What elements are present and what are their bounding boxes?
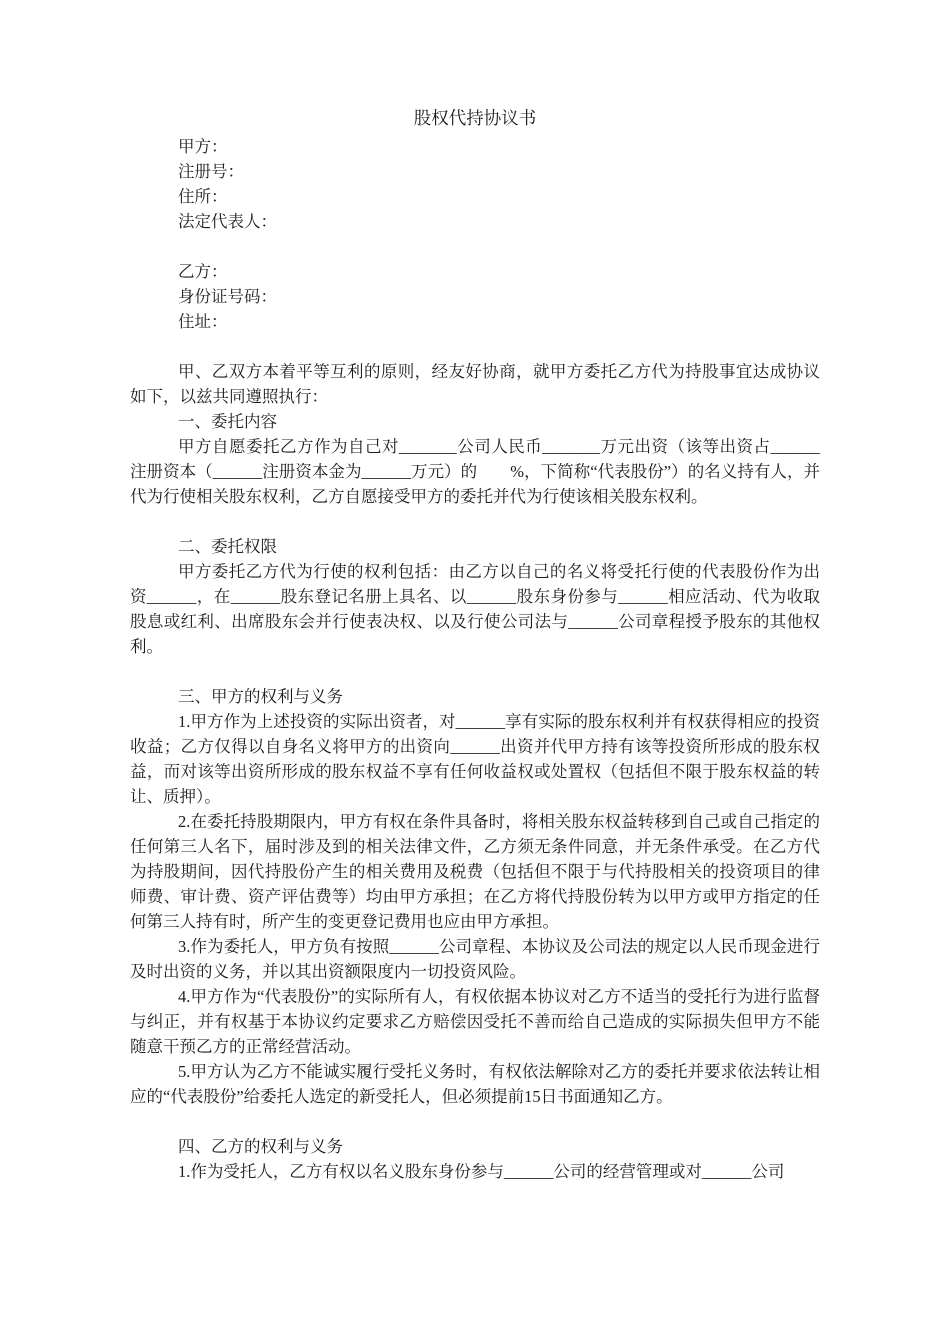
blank-line xyxy=(130,1109,820,1134)
party-b-field-label: 乙方： xyxy=(130,259,820,284)
contract-paragraph: 2.在委托持股期限内，甲方有权在条件具备时，将相关股东权益转移到自己或自己指定的… xyxy=(130,809,820,934)
contract-paragraph: 4.甲方作为“代表股份”的实际所有人，有权依据本协议对乙方不适当的受托行为进行监… xyxy=(130,984,820,1059)
blank-line xyxy=(130,234,820,259)
section-1-heading: 一、委托内容 xyxy=(130,409,820,434)
section-3-heading: 三、甲方的权利与义务 xyxy=(130,684,820,709)
party-a-field-label: 注册号： xyxy=(130,159,820,184)
section-2-heading: 二、委托权限 xyxy=(130,534,820,559)
blank-line xyxy=(130,659,820,684)
contract-paragraph: 1.甲方作为上述投资的实际出资者，对______享有实际的股东权利并有权获得相应… xyxy=(130,709,820,809)
blank-line xyxy=(130,509,820,534)
party-a-field-label: 甲方： xyxy=(130,134,820,159)
document-title: 股权代持协议书 xyxy=(130,106,820,131)
contract-paragraph: 甲方自愿委托乙方作为自己对_______公司人民币_______万元出资（该等出… xyxy=(130,434,820,509)
contract-document-page: 股权代持协议书 甲方： 注册号： 住所： 法定代表人： 乙方： 身份证号码： 住… xyxy=(0,0,950,1344)
party-a-field-label: 住所： xyxy=(130,184,820,209)
party-a-field-label: 法定代表人： xyxy=(130,209,820,234)
party-b-field-label: 住址： xyxy=(130,309,820,334)
section-4-heading: 四、乙方的权利与义务 xyxy=(130,1134,820,1159)
blank-line xyxy=(130,334,820,359)
contract-paragraph: 5.甲方认为乙方不能诚实履行受托义务时，有权依法解除对乙方的委托并要求依法转让相… xyxy=(130,1059,820,1109)
party-b-field-label: 身份证号码： xyxy=(130,284,820,309)
contract-paragraph: 1.作为受托人，乙方有权以名义股东身份参与______公司的经营管理或对____… xyxy=(130,1159,820,1184)
contract-paragraph: 3.作为委托人，甲方负有按照______公司章程、本协议及公司法的规定以人民币现… xyxy=(130,934,820,984)
contract-paragraph: 甲方委托乙方代为行使的权利包括：由乙方以自己的名义将受托行使的代表股份作为出资_… xyxy=(130,559,820,659)
preamble-paragraph: 甲、乙双方本着平等互利的原则，经友好协商，就甲方委托乙方代为持股事宜达成协议如下… xyxy=(130,359,820,409)
